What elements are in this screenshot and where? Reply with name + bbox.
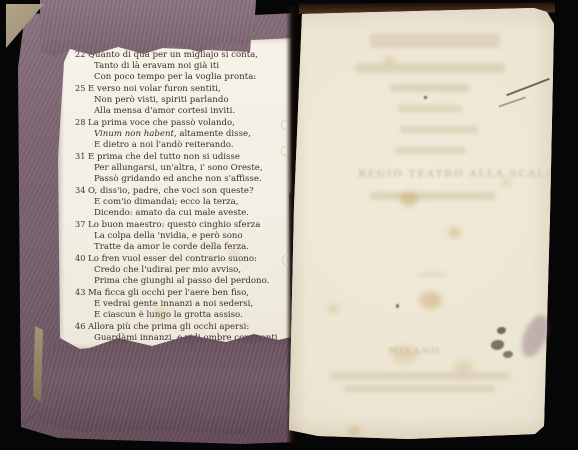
poem-text-block: 22Quanto di qua per un migliajo si conta… [58, 49, 291, 344]
binding-thread [282, 255, 288, 265]
poem-line: 46Allora più che prima gli occhi apersi: [58, 321, 291, 333]
ghost-line-bar [330, 372, 510, 380]
ghost-theatre-line: REGIO TEATRO ALLA SCALA [358, 169, 555, 180]
ghost-line-bar [395, 147, 465, 154]
foxing-spot [502, 178, 511, 186]
ghost-title-bar [370, 33, 500, 48]
cover-crease [56, 48, 57, 348]
foxing-spot [228, 248, 240, 258]
foxing-spot [392, 346, 418, 364]
poem-line: Non però visti, spiriti parlando [58, 95, 291, 106]
poem-line: Tanto di là eravam noi già iti [58, 61, 291, 72]
poem-line: Per allungarsi, un'altra, i' sono Oreste… [58, 163, 291, 174]
ghost-line-bar [370, 192, 495, 200]
poem-line: Con poco tempo per la voglia pronta: [58, 72, 291, 83]
poem-line: Vinum non habent, altamente disse, [58, 129, 291, 140]
foxing-spot [328, 304, 339, 313]
binding-thread [281, 120, 287, 130]
foxing-spot [400, 192, 418, 206]
ghost-divider-bar [418, 273, 447, 276]
poem-line-number: 46 [75, 321, 88, 332]
poem-line-number: 37 [75, 219, 88, 230]
poem-line: E com'io dimandai; ecco la terza, [58, 197, 291, 208]
poem-line-number: 25 [75, 83, 88, 94]
foxing-spot [348, 426, 361, 436]
pasted-poem-page: 22Quanto di qua per un migliajo si conta… [58, 38, 295, 352]
poem-line: E vedrai gente innanzi a noi sedersi, [58, 299, 291, 310]
poem-line: 37Lo buon maestro: questo cinghio sferza [58, 219, 291, 231]
foxing-spot [383, 56, 395, 65]
poem-line: Tratte da amor le corde della ferza. [58, 242, 291, 253]
poem-line: La colpa della 'nvidia, e però sono [58, 231, 291, 242]
foxing-spot [420, 292, 442, 309]
poem-line: E dietro a noi l'andò reiterando. [58, 140, 291, 151]
poem-line: 40Lo fren vuol esser del contrario suono… [58, 253, 291, 265]
binding-thread [281, 146, 287, 156]
poem-line: E ciascun è lungo la grotta assiso. [58, 310, 291, 321]
right-flyleaf-page: REGIO TEATRO ALLA SCALA MILANO [288, 6, 559, 442]
poem-line-number: 31 [75, 151, 88, 162]
photo-open-antique-book: 22Quanto di qua per un migliajo si conta… [0, 0, 578, 450]
poem-line-number: 34 [75, 185, 88, 196]
poem-line-number: 43 [75, 287, 88, 298]
poem-line: Prima che giunghi al passo del perdono. [58, 276, 291, 287]
foxing-spot [153, 308, 169, 320]
ghost-line-bar [355, 63, 505, 73]
ghost-line-bar [345, 385, 495, 392]
poem-line: 43Ma ficca gli occhi per l'aere ben fiso… [58, 287, 291, 299]
poem-line: Passò gridando ed anche non s'affisse. [58, 174, 291, 185]
poem-line: 28La prima voce che passò volando, [58, 117, 291, 129]
poem-line: 31E prima che del tutto non si udisse [58, 151, 291, 163]
poem-line: Credo che l'udirai per mio avviso, [58, 265, 291, 276]
poem-line: Dicendo: amato da cui male aveste. [58, 208, 291, 219]
poem-line: 25E verso noi volar furon sentiti, [58, 83, 291, 95]
ghost-line-bar [398, 105, 462, 112]
ghost-line-bar [390, 84, 470, 92]
poem-line: 34O, diss'io, padre, che voci son queste… [58, 185, 291, 197]
foxing-spot [448, 227, 461, 238]
ghost-line-bar [400, 126, 478, 133]
poem-line: Alla mensa d'amor cortesi inviti. [58, 106, 291, 117]
poem-line-number: 28 [75, 117, 88, 128]
foxing-spot [454, 360, 473, 374]
poem-line-number: 40 [75, 253, 88, 264]
